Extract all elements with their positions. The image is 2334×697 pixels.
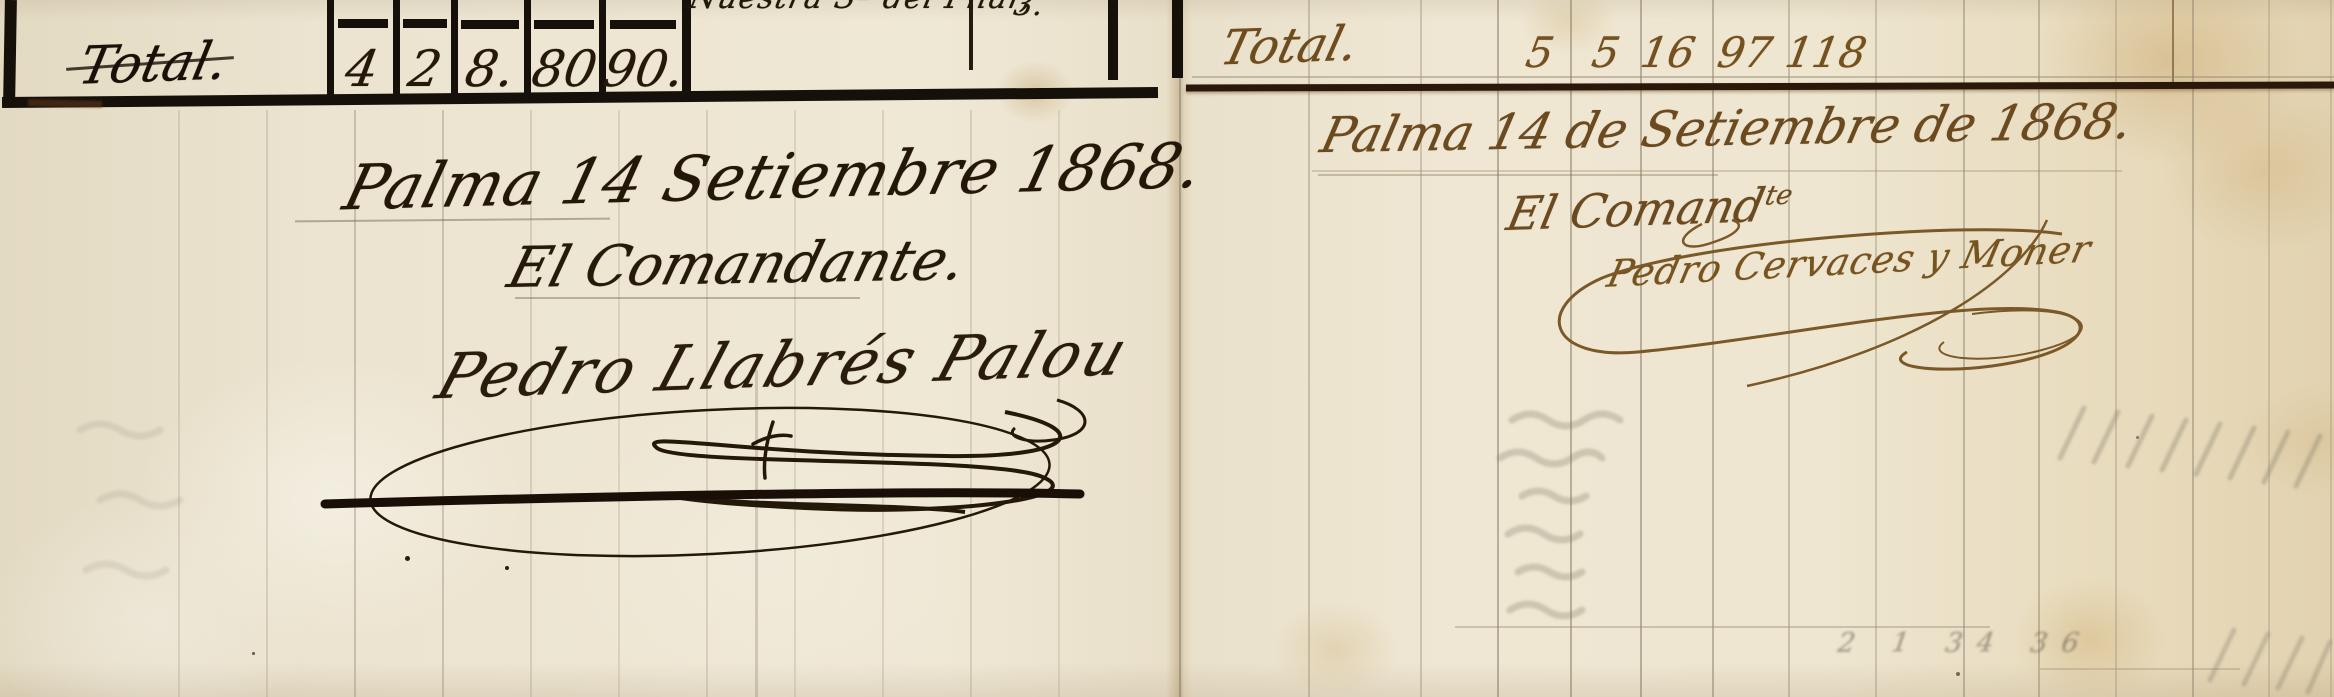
table-cell-rule: [534, 20, 594, 29]
total-value-cell: 4: [325, 40, 399, 98]
total-value-cell: 5: [1512, 28, 1569, 77]
commander-title: El Comandante.: [501, 228, 973, 301]
ghost-writing: [2040, 388, 2334, 518]
manuscript-scan: Nuestra Sª del Pilar, 3. Total. 4 2 8. 8…: [0, 0, 2334, 697]
ink-speck: [2136, 436, 2139, 439]
ruling-line: [1312, 170, 2122, 172]
total-value-cell: 118: [1782, 28, 1863, 77]
ink-speck: [505, 566, 509, 570]
total-value-cell: 97: [1712, 28, 1779, 77]
table-border-left: [3, 0, 17, 104]
column-line: [2172, 0, 2174, 88]
total-value-cell: 80: [523, 40, 606, 98]
ghost-writing: [50, 390, 290, 630]
total-value-cell: 8.: [449, 40, 531, 98]
table-border: [1172, 0, 1183, 78]
table-border: [1108, 0, 1118, 80]
ink-speck: [405, 556, 410, 561]
ghost-numbers: 2 1 34 36: [1836, 628, 2095, 659]
ink-rule: [1186, 81, 2334, 91]
table-cell-rule: [610, 20, 676, 29]
dateline: Palma 14 de Setiembre de 1868.: [1315, 93, 2138, 164]
ghost-writing: [1452, 398, 1702, 648]
total-value-cell: 16: [1636, 28, 1701, 77]
ruling-line: [1308, 0, 1310, 697]
detail-row-value: 3.: [1012, 0, 1046, 23]
ghost-writing: [2200, 580, 2334, 697]
commander-title-superscript: te: [1762, 180, 1795, 212]
page-gutter-crease-line: [1179, 0, 1181, 697]
total-label: Total.: [1215, 15, 1365, 76]
table-cell-rule: [338, 19, 388, 28]
signature-rubric: [1542, 214, 2122, 409]
ruling-line: [2192, 0, 2194, 697]
total-value-cell: 90.: [598, 40, 690, 98]
table-cell-rule: [461, 20, 519, 29]
signature-rubric: [305, 400, 1105, 575]
dateline: Palma 14 Setiembre 1868.: [337, 129, 1212, 225]
total-value-cell: 5: [1578, 28, 1635, 77]
total-value-cell: 2: [393, 40, 457, 98]
ink-speck: [1956, 672, 1960, 676]
table-cell-rule: [403, 19, 447, 28]
underline: [1318, 174, 1718, 176]
detail-row-label: Nuestra Sª del Pilar,: [686, 0, 1036, 16]
signature-name: Pedro Llabrés Palou: [428, 316, 1139, 414]
ink-speck: [252, 652, 255, 655]
